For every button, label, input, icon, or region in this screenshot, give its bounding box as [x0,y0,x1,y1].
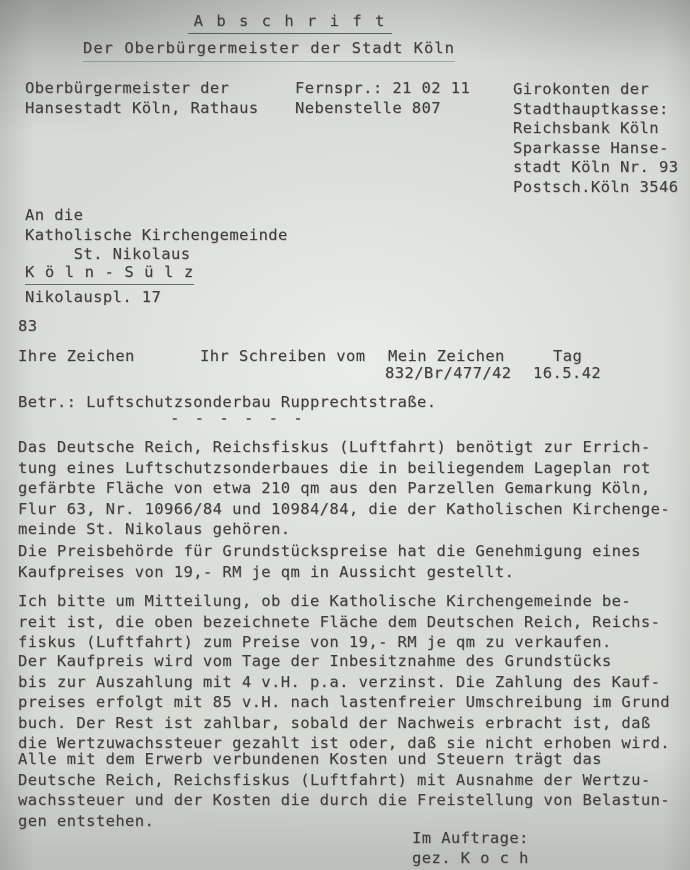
body-paragraph: Das Deutsche Reich, Reichsfiskus (Luftfa… [18,437,682,540]
signature-name: gez. K o c h [412,848,529,868]
body-paragraph: Ich bitte um Mitteilung, ob die Katholis… [18,591,682,653]
ref-value-mein-zeichen: 832/Br/477/42 [385,363,512,383]
ref-value-tag: 16.5.42 [533,363,601,383]
recipient-line: Katholische Kirchengemeinde [25,226,288,246]
recipient-city: K ö l n - S ü l z [25,262,194,285]
document-subtitle: Der Oberbürgermeister der Stadt Köln [83,38,455,62]
letterhead-phone-line: Fernspr.: 21 02 11 [295,78,470,98]
signature-block: Im Auftrage:gez. K o c h [412,828,529,868]
letter-page: A b s c h r i f t Der Oberbürgermeister … [0,0,690,870]
recipient-street: Nikolauspl. 17 [25,287,161,307]
letterhead-accounts-line: Postsch.Köln 3546 [513,178,678,198]
document-title-text: A b s c h r i f t [188,12,393,34]
ref-label-ihr-schreiben-vom: Ihr Schreiben vom [200,346,365,366]
district-number: 83 [18,316,37,336]
body-paragraph: Alle mit dem Erwerb verbundenen Kosten u… [18,749,682,831]
body-paragraph: Der Kaufpreis wird vom Tage der Inbesitz… [18,651,682,754]
letterhead-accounts-line: Stadthauptkasse: [513,100,678,120]
subject-divider: - - - - - - [170,408,306,428]
letterhead-sender: Oberbürgermeister derHansestadt Köln, Ra… [25,78,259,118]
letterhead-accounts-line: stadt Köln Nr. 93 [513,158,678,178]
letterhead-phone: Fernspr.: 21 02 11Nebenstelle 807 [295,78,470,118]
letterhead-accounts-line: Girokonten der [513,80,678,100]
body-paragraph: Die Preisbehörde für Grundstückspreise h… [18,541,682,582]
ref-label-ihre-zeichen: Ihre Zeichen [18,346,135,366]
document-title: A b s c h r i f t [0,11,580,31]
letterhead-phone-line: Nebenstelle 807 [295,98,470,118]
letterhead-sender-line: Hansestadt Köln, Rathaus [25,98,259,118]
letterhead-accounts: Girokonten derStadthauptkasse:Reichsbank… [513,80,678,197]
letterhead-sender-line: Oberbürgermeister der [25,78,259,98]
letterhead-accounts-line: Sparkasse Hanse- [513,139,678,159]
recipient-line: An die [25,206,288,226]
recipient-address: An dieKatholische Kirchengemeinde St. Ni… [25,206,288,265]
signature-im-auftrage: Im Auftrage: [412,828,529,848]
letterhead-accounts-line: Reichsbank Köln [513,119,678,139]
